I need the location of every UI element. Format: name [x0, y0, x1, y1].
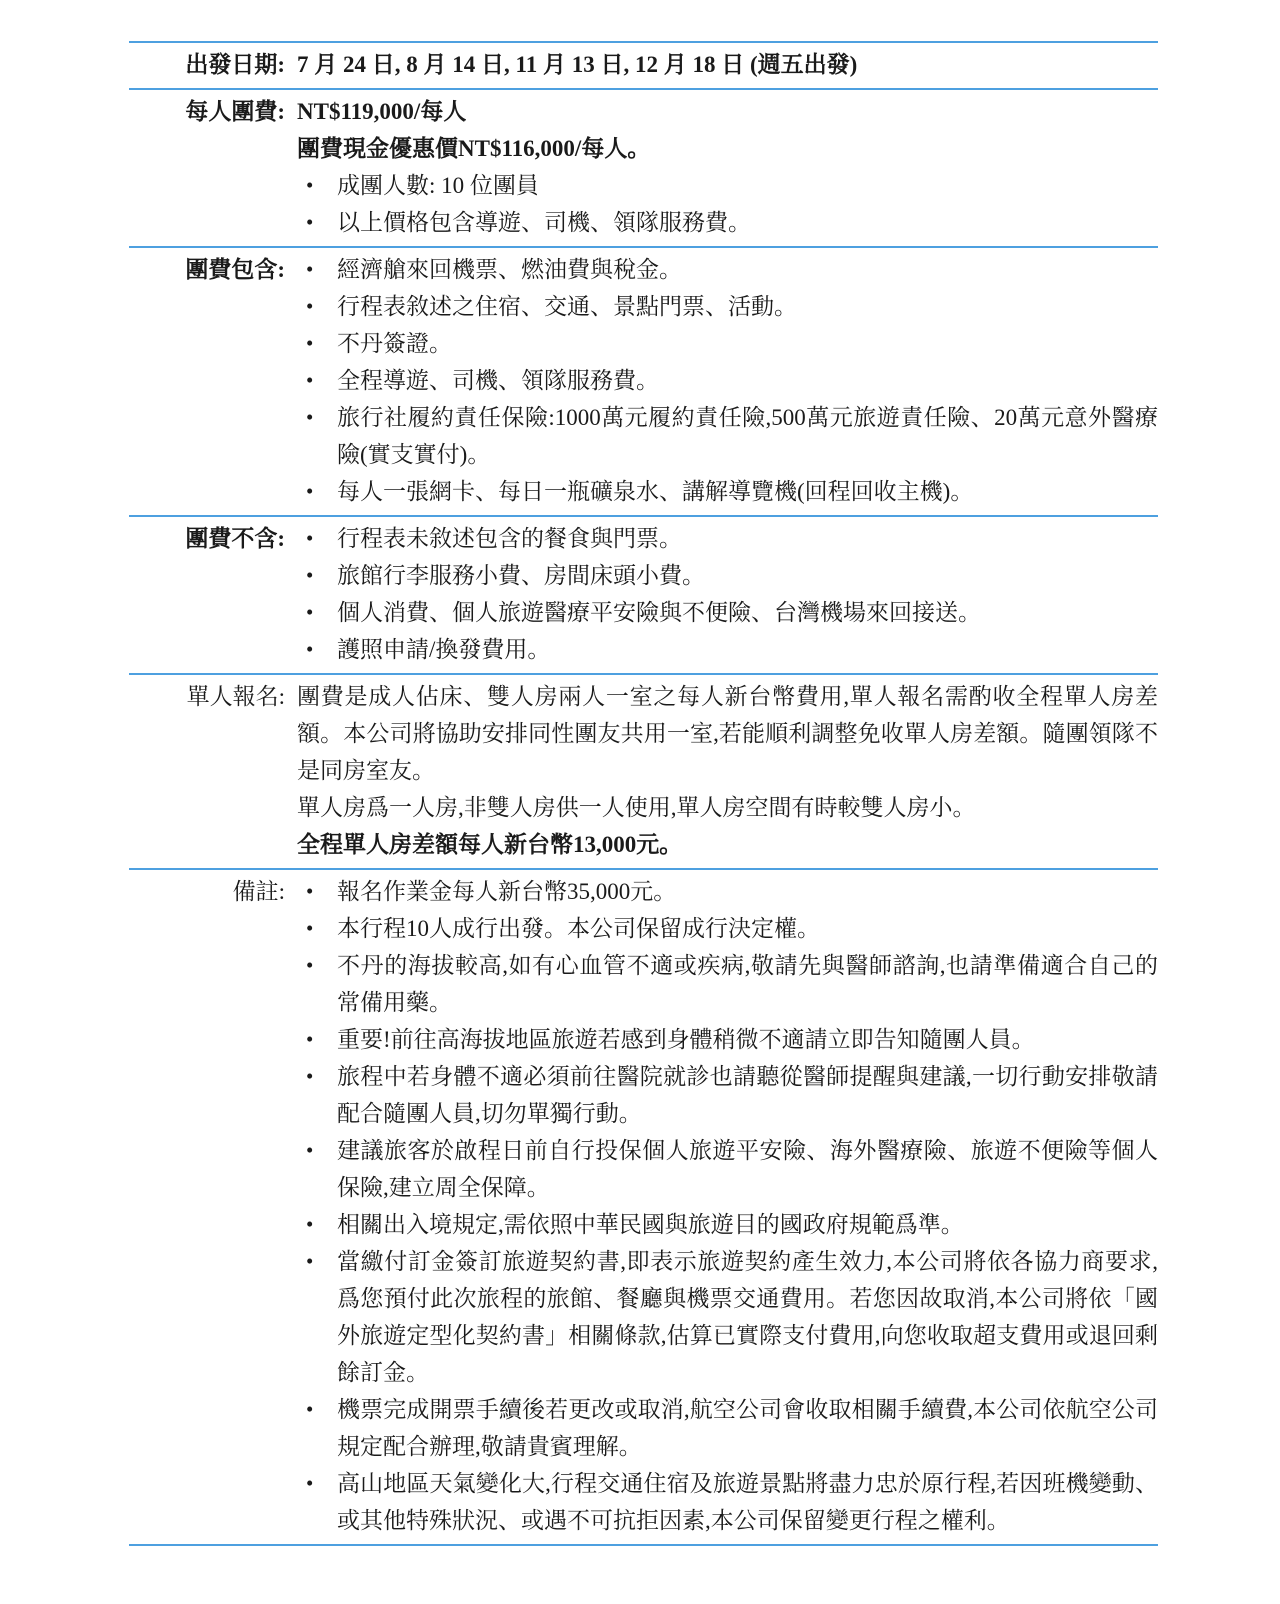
bullet-text: 不丹的海拔較高,如有心血管不適或疾病,敬請先與醫師諮詢,也請準備適合自己的常備用…	[337, 953, 1158, 1015]
bullet-icon: •	[306, 1465, 313, 1502]
table-row-single-registration: 單人報名:團費是成人佔床、雙人房兩人一室之每人新台幣費用,單人報名需酌收全程單人…	[129, 673, 1158, 868]
bullet-item: •護照申請/換發費用。	[297, 631, 1158, 668]
bullet-text: 全程導遊、司機、領隊服務費。	[337, 368, 659, 393]
bullet-item: •旅館行李服務小費、房間床頭小費。	[297, 557, 1158, 594]
row-label-single-registration: 單人報名:	[129, 675, 285, 868]
bullet-text: 行程表敘述之住宿、交通、景點門票、活動。	[337, 294, 797, 319]
row-label-fee-includes: 團費包含:	[129, 248, 285, 515]
bullet-item: •行程表未敘述包含的餐食與門票。	[297, 520, 1158, 557]
bullet-item: •建議旅客於啟程日前自行投保個人旅遊平安險、海外醫療險、旅遊不便險等個人保險,建…	[297, 1132, 1158, 1206]
bullet-item: •全程導遊、司機、領隊服務費。	[297, 362, 1158, 399]
row-label-price-per-person: 每人團費:	[129, 90, 285, 246]
content-line: 全程單人房差額每人新台幣13,000元。	[297, 826, 1158, 863]
bullet-icon: •	[306, 399, 313, 436]
bullet-text: 不丹簽證。	[337, 331, 452, 356]
bullet-icon: •	[306, 473, 313, 510]
content-line: 團費是成人佔床、雙人房兩人一室之每人新台幣費用,單人報名需酌收全程單人房差額。本…	[297, 678, 1158, 789]
bullet-icon: •	[306, 947, 313, 984]
bullet-text: 成團人數: 10 位團員	[337, 173, 539, 198]
bullet-item: •行程表敘述之住宿、交通、景點門票、活動。	[297, 288, 1158, 325]
bullet-text: 旅館行李服務小費、房間床頭小費。	[337, 563, 705, 588]
content-line: NT$119,000/每人	[297, 93, 1158, 130]
tour-fee-table: 出發日期:7 月 24 日, 8 月 14 日, 11 月 13 日, 12 月…	[129, 41, 1158, 1546]
row-content-single-registration: 團費是成人佔床、雙人房兩人一室之每人新台幣費用,單人報名需酌收全程單人房差額。本…	[285, 675, 1158, 868]
bullet-item: •機票完成開票手續後若更改或取消,航空公司會收取相關手續費,本公司依航空公司規定…	[297, 1391, 1158, 1465]
bullet-item: •經濟艙來回機票、燃油費與稅金。	[297, 251, 1158, 288]
bullet-item: •不丹的海拔較高,如有心血管不適或疾病,敬請先與醫師諮詢,也請準備適合自己的常備…	[297, 947, 1158, 1021]
content-line: 單人房爲一人房,非雙人房供一人使用,單人房空間有時較雙人房小。	[297, 789, 1158, 826]
bullet-item: •當繳付訂金簽訂旅遊契約書,即表示旅遊契約產生效力,本公司將依各協力商要求,爲您…	[297, 1243, 1158, 1391]
bullet-icon: •	[306, 251, 313, 288]
bullet-item: •旅程中若身體不適必須前往醫院就診也請聽從醫師提醒與建議,一切行動安排敬請配合隨…	[297, 1058, 1158, 1132]
bullet-text: 機票完成開票手續後若更改或取消,航空公司會收取相關手續費,本公司依航空公司規定配…	[337, 1397, 1158, 1459]
bullet-icon: •	[306, 325, 313, 362]
bullet-icon: •	[306, 204, 313, 241]
bullet-text: 行程表未敘述包含的餐食與門票。	[337, 526, 682, 551]
bullet-item: •相關出入境規定,需依照中華民國與旅遊目的國政府規範爲準。	[297, 1206, 1158, 1243]
bullet-text: 建議旅客於啟程日前自行投保個人旅遊平安險、海外醫療險、旅遊不便險等個人保險,建立…	[337, 1138, 1158, 1200]
table-row-fee-includes: 團費包含:•經濟艙來回機票、燃油費與稅金。•行程表敘述之住宿、交通、景點門票、活…	[129, 246, 1158, 515]
table-row-fee-excludes: 團費不含:•行程表未敘述包含的餐食與門票。•旅館行李服務小費、房間床頭小費。•個…	[129, 515, 1158, 673]
bullet-icon: •	[306, 362, 313, 399]
bullet-text: 高山地區天氣變化大,行程交通住宿及旅遊景點將盡力忠於原行程,若因班機變動、或其他…	[337, 1471, 1158, 1533]
row-content-fee-includes: •經濟艙來回機票、燃油費與稅金。•行程表敘述之住宿、交通、景點門票、活動。•不丹…	[285, 248, 1158, 515]
bullet-icon: •	[306, 873, 313, 910]
row-content-price-per-person: NT$119,000/每人團費現金優惠價NT$116,000/每人。•成團人數:…	[285, 90, 1158, 246]
row-content-departure-date: 7 月 24 日, 8 月 14 日, 11 月 13 日, 12 月 18 日…	[285, 43, 1158, 88]
bullet-text: 個人消費、個人旅遊醫療平安險與不便險、台灣機場來回接送。	[337, 600, 981, 625]
table-row-price-per-person: 每人團費:NT$119,000/每人團費現金優惠價NT$116,000/每人。•…	[129, 88, 1158, 246]
bullet-text: 護照申請/換發費用。	[337, 637, 550, 662]
bullet-text: 以上價格包含導遊、司機、領隊服務費。	[337, 210, 751, 235]
content-line: 團費現金優惠價NT$116,000/每人。	[297, 130, 1158, 167]
bullet-icon: •	[306, 557, 313, 594]
bullet-item: •每人一張網卡、每日一瓶礦泉水、講解導覽機(回程回收主機)。	[297, 473, 1158, 510]
bullet-item: •高山地區天氣變化大,行程交通住宿及旅遊景點將盡力忠於原行程,若因班機變動、或其…	[297, 1465, 1158, 1539]
bullet-icon: •	[306, 1243, 313, 1280]
bullet-text: 重要!前往高海拔地區旅遊若感到身體稍微不適請立即告知隨團人員。	[337, 1027, 1035, 1052]
bullet-icon: •	[306, 1206, 313, 1243]
row-label-remarks: 備註:	[129, 870, 285, 1544]
bullet-icon: •	[306, 631, 313, 668]
table-row-departure-date: 出發日期:7 月 24 日, 8 月 14 日, 11 月 13 日, 12 月…	[129, 41, 1158, 88]
bullet-text: 經濟艙來回機票、燃油費與稅金。	[337, 257, 682, 282]
bullet-icon: •	[306, 594, 313, 631]
bullet-item: •以上價格包含導遊、司機、領隊服務費。	[297, 204, 1158, 241]
bullet-item: •旅行社履約責任保險:1000萬元履約責任險,500萬元旅遊責任險、20萬元意外…	[297, 399, 1158, 473]
bullet-text: 相關出入境規定,需依照中華民國與旅遊目的國政府規範爲準。	[337, 1212, 964, 1237]
bullet-icon: •	[306, 520, 313, 557]
bullet-text: 報名作業金每人新台幣35,000元。	[337, 879, 676, 904]
bullet-item: •本行程10人成行出發。本公司保留成行決定權。	[297, 910, 1158, 947]
bullet-text: 當繳付訂金簽訂旅遊契約書,即表示旅遊契約產生效力,本公司將依各協力商要求,爲您預…	[337, 1249, 1158, 1385]
content-line: 7 月 24 日, 8 月 14 日, 11 月 13 日, 12 月 18 日…	[297, 46, 1158, 83]
row-content-remarks: •報名作業金每人新台幣35,000元。•本行程10人成行出發。本公司保留成行決定…	[285, 870, 1158, 1544]
row-content-fee-excludes: •行程表未敘述包含的餐食與門票。•旅館行李服務小費、房間床頭小費。•個人消費、個…	[285, 517, 1158, 673]
bullet-text: 每人一張網卡、每日一瓶礦泉水、講解導覽機(回程回收主機)。	[337, 479, 973, 504]
bullet-icon: •	[306, 167, 313, 204]
bullet-item: •報名作業金每人新台幣35,000元。	[297, 873, 1158, 910]
bullet-item: •成團人數: 10 位團員	[297, 167, 1158, 204]
bullet-text: 本行程10人成行出發。本公司保留成行決定權。	[337, 916, 820, 941]
bullet-icon: •	[306, 910, 313, 947]
bullet-text: 旅程中若身體不適必須前往醫院就診也請聽從醫師提醒與建議,一切行動安排敬請配合隨團…	[337, 1064, 1158, 1126]
bullet-icon: •	[306, 1391, 313, 1428]
bullet-icon: •	[306, 1058, 313, 1095]
bullet-text: 旅行社履約責任保險:1000萬元履約責任險,500萬元旅遊責任險、20萬元意外醫…	[337, 405, 1158, 467]
row-label-fee-excludes: 團費不含:	[129, 517, 285, 673]
bullet-item: •重要!前往高海拔地區旅遊若感到身體稍微不適請立即告知隨團人員。	[297, 1021, 1158, 1058]
table-row-remarks: 備註:•報名作業金每人新台幣35,000元。•本行程10人成行出發。本公司保留成…	[129, 868, 1158, 1546]
bullet-item: •個人消費、個人旅遊醫療平安險與不便險、台灣機場來回接送。	[297, 594, 1158, 631]
bullet-icon: •	[306, 1021, 313, 1058]
bullet-icon: •	[306, 288, 313, 325]
row-label-departure-date: 出發日期:	[129, 43, 285, 88]
bullet-item: •不丹簽證。	[297, 325, 1158, 362]
document-page: 出發日期:7 月 24 日, 8 月 14 日, 11 月 13 日, 12 月…	[0, 0, 1280, 1604]
bullet-icon: •	[306, 1132, 313, 1169]
